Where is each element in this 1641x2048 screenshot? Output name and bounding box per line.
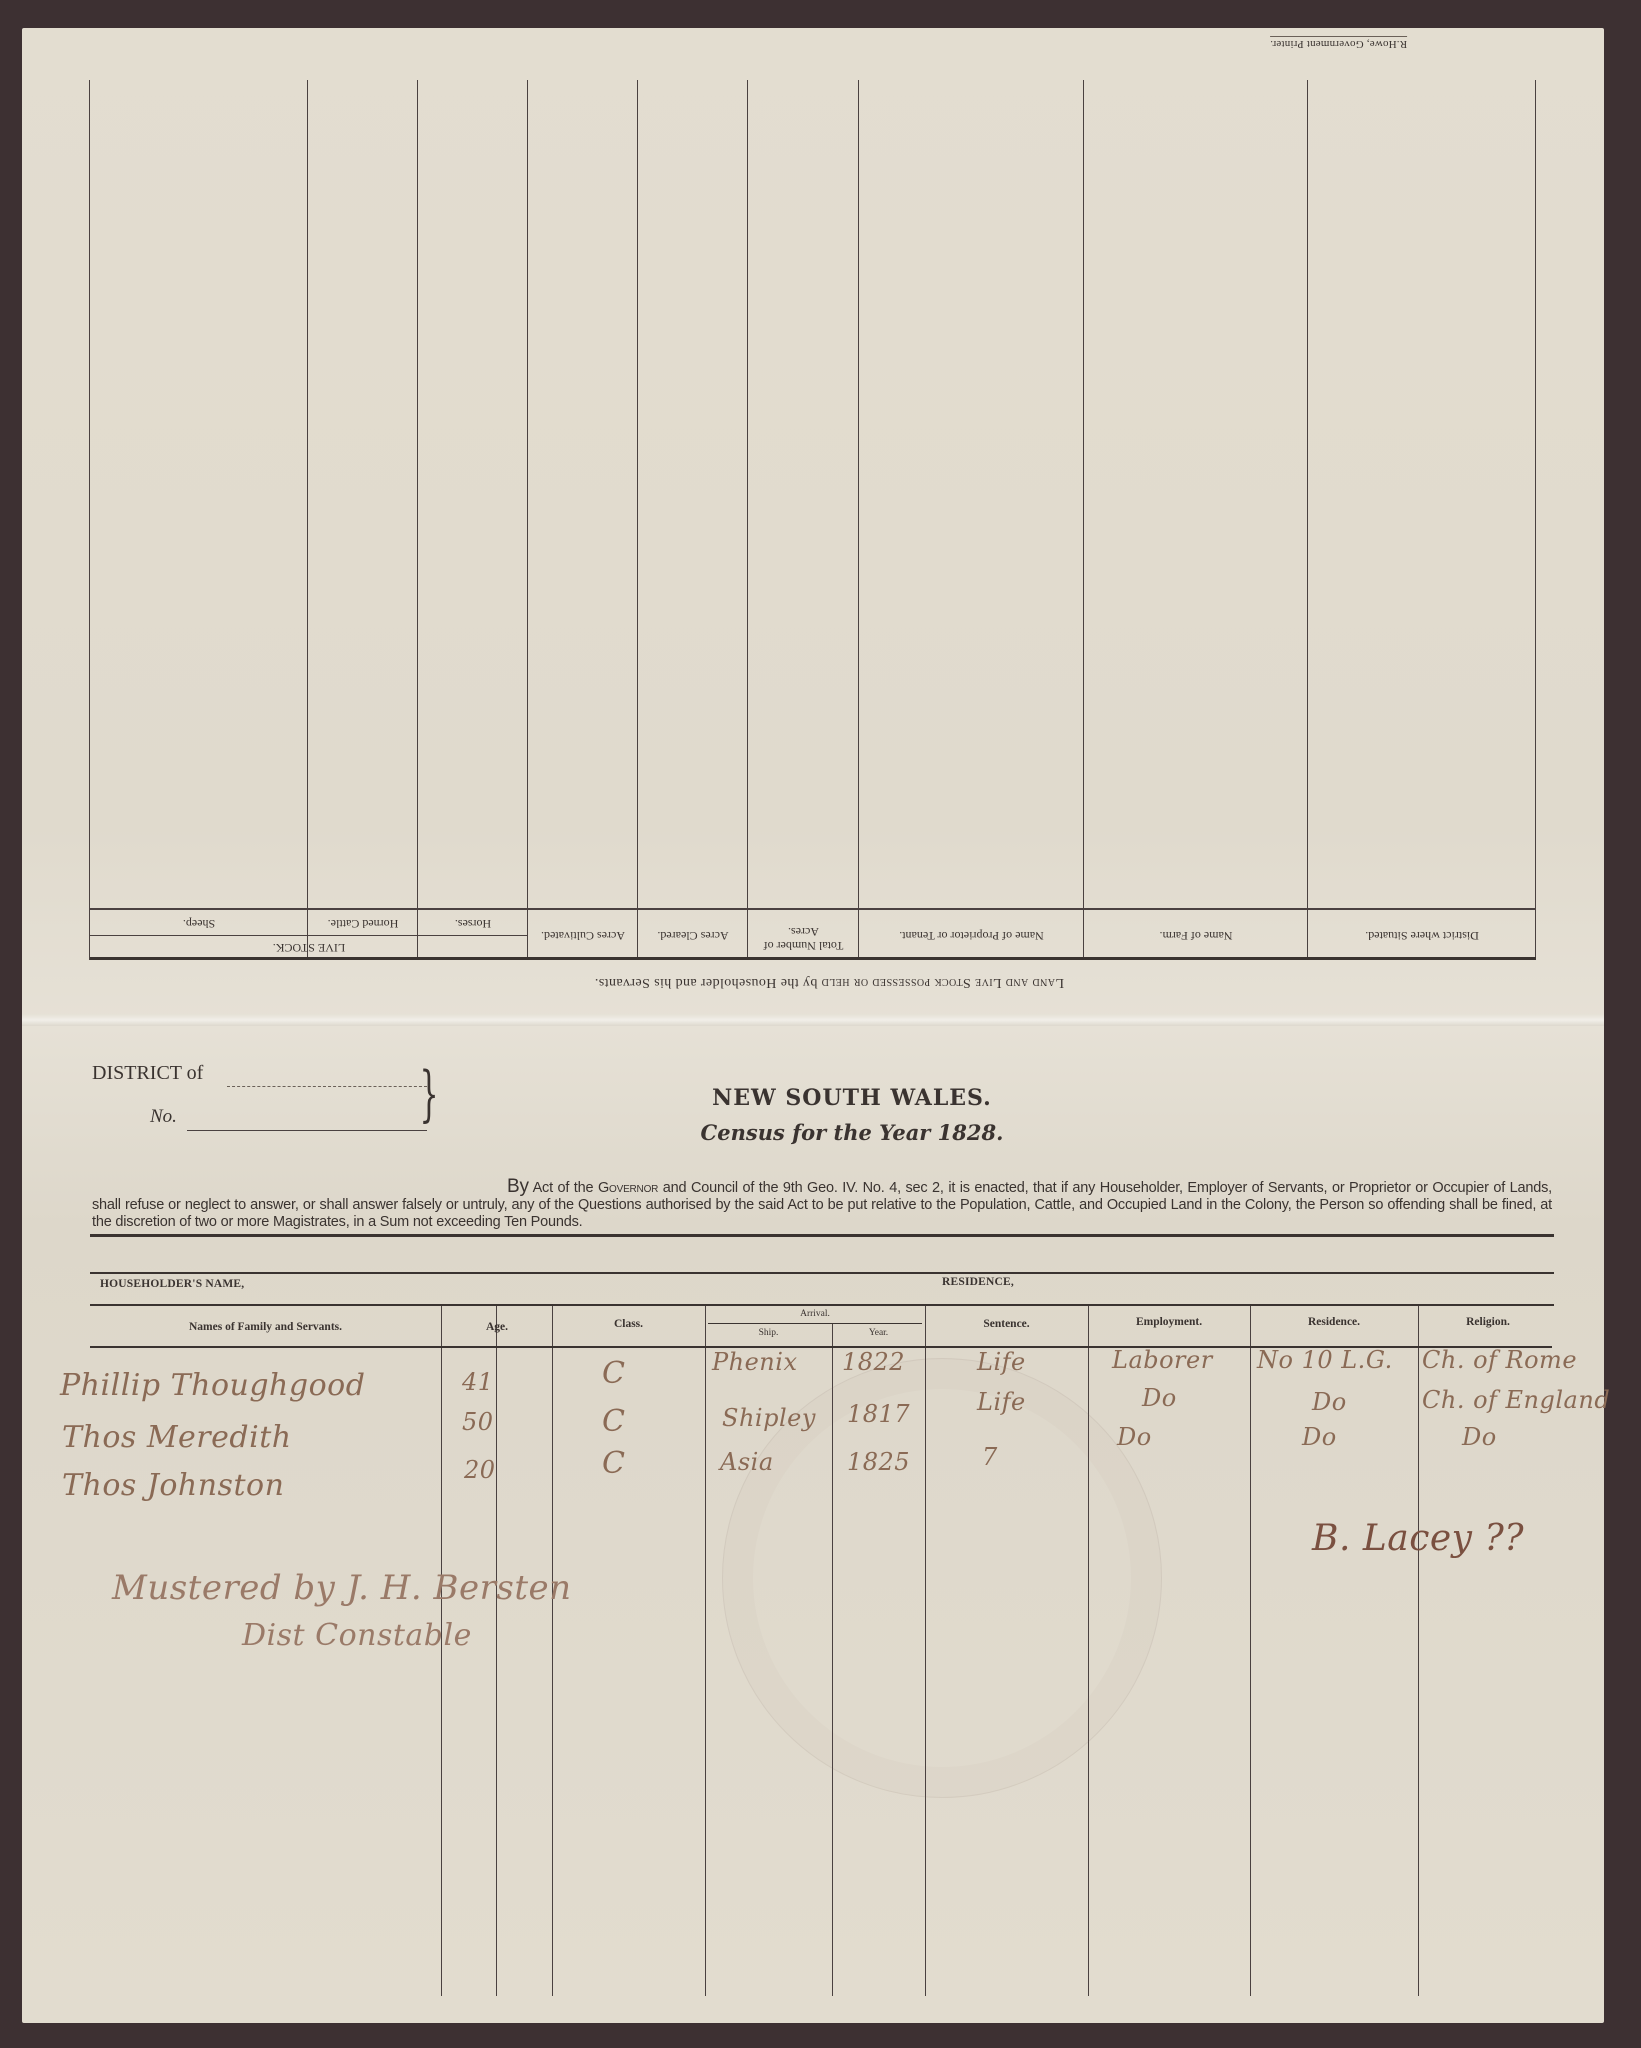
cell-year: 1825	[847, 1448, 910, 1476]
district-constable-note: Dist Constable	[242, 1618, 472, 1653]
cell-residence: No 10 L.G.	[1257, 1346, 1393, 1374]
householder-name-label: HOUSEHOLDER'S NAME,	[100, 1278, 244, 1290]
cell-year: 1817	[847, 1400, 910, 1428]
cell-name: Thos Meredith	[62, 1420, 292, 1455]
cell-ship: Phenix	[712, 1348, 797, 1376]
cell-residence: Do	[1302, 1423, 1337, 1451]
cell-religion: Do	[1462, 1423, 1497, 1451]
table-top-rule	[90, 1304, 1554, 1306]
signature: B. Lacey ??	[1312, 1518, 1524, 1559]
number-field[interactable]	[187, 1130, 427, 1131]
census-form-page: Land and Live Stock possessed or held by…	[22, 28, 1604, 2023]
cell-name: Thos Johnston	[62, 1468, 284, 1503]
column-divider	[1250, 1306, 1251, 1996]
section-rule	[90, 1234, 1554, 1237]
cell-sentence: Life	[977, 1388, 1026, 1416]
cell-name: Phillip Thoughgood	[60, 1368, 365, 1403]
column-divider	[705, 1306, 706, 1996]
number-label: No.	[150, 1106, 177, 1128]
cell-age: 50	[462, 1408, 494, 1436]
householder-top-rule	[90, 1272, 1554, 1274]
col-religion: Religion.	[1418, 1316, 1558, 1328]
page-title: NEW SOUTH WALES.	[642, 1085, 1062, 1111]
arrival-subrule	[708, 1323, 922, 1324]
residence-label: RESIDENCE,	[942, 1276, 1014, 1288]
cell-year: 1822	[842, 1348, 905, 1376]
col-employment: Employment.	[1088, 1316, 1250, 1328]
brace-icon: }	[420, 1064, 439, 1124]
col-residence: Residence.	[1250, 1316, 1418, 1328]
cell-ship: Shipley	[722, 1404, 816, 1432]
cell-age: 20	[464, 1456, 496, 1484]
cell-sentence: 7	[982, 1443, 998, 1471]
col-ship: Ship.	[705, 1328, 832, 1338]
column-divider	[1418, 1306, 1419, 1996]
page-subtitle: Census for the Year 1828.	[622, 1120, 1082, 1145]
cell-employment: Do	[1142, 1384, 1177, 1412]
act-notice: By Act of the Governor and Council of th…	[92, 1178, 1552, 1231]
col-year: Year.	[832, 1328, 925, 1338]
cell-class: C	[602, 1446, 625, 1481]
census-return-section: DISTRICT of No. } NEW SOUTH WALES. Censu…	[22, 28, 1604, 2023]
cell-sentence: Life	[977, 1348, 1026, 1376]
cell-ship: Asia	[720, 1448, 774, 1476]
cell-religion: Ch. of Rome	[1422, 1346, 1577, 1374]
cell-age: 41	[462, 1368, 494, 1396]
col-names: Names of Family and Servants.	[90, 1321, 441, 1333]
col-arrival: Arrival.	[705, 1309, 925, 1319]
cell-employment: Laborer	[1112, 1346, 1213, 1374]
district-field[interactable]	[227, 1086, 427, 1087]
mustered-by-note: Mustered by J. H. Bersten	[112, 1568, 572, 1608]
col-age: Age.	[442, 1321, 552, 1333]
cell-residence: Do	[1312, 1388, 1347, 1416]
column-divider	[496, 1306, 497, 1996]
cell-class: C	[602, 1356, 625, 1391]
district-label: DISTRICT of	[92, 1062, 203, 1085]
cell-religion: Ch. of England	[1422, 1386, 1610, 1414]
cell-class: C	[602, 1404, 625, 1439]
column-divider	[552, 1306, 553, 1996]
cell-employment: Do	[1117, 1423, 1152, 1451]
col-class: Class.	[552, 1318, 705, 1330]
col-sentence: Sentence.	[925, 1318, 1088, 1330]
